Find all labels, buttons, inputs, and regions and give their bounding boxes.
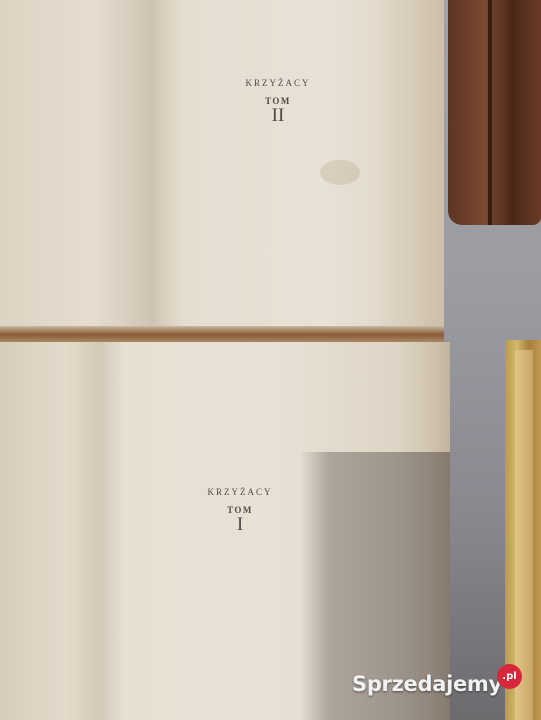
left-page xyxy=(0,342,110,720)
title-block: KRZYŻACY TOM II xyxy=(228,78,328,126)
left-page xyxy=(0,0,155,330)
volume-number: I xyxy=(190,515,290,535)
background-book-right xyxy=(505,340,541,720)
book-title: KRZYŻACY xyxy=(190,487,290,497)
watermark-text: Sprzedajemy xyxy=(352,672,502,696)
title-block: KRZYŻACY TOM I xyxy=(190,487,290,535)
photo-scene: KRZYŻACY TOM II KRZYŻACY TOM I Sprzedaje… xyxy=(0,0,541,720)
page-edges xyxy=(380,0,444,340)
watermark-badge: .pl xyxy=(497,664,522,689)
page-stain xyxy=(320,160,360,185)
background-books-top-right xyxy=(448,0,541,225)
book-volume-1: KRZYŻACY TOM I xyxy=(0,342,450,720)
book-volume-2: KRZYŻACY TOM II xyxy=(0,0,444,345)
book-title: KRZYŻACY xyxy=(228,78,328,88)
volume-number: II xyxy=(228,106,328,126)
